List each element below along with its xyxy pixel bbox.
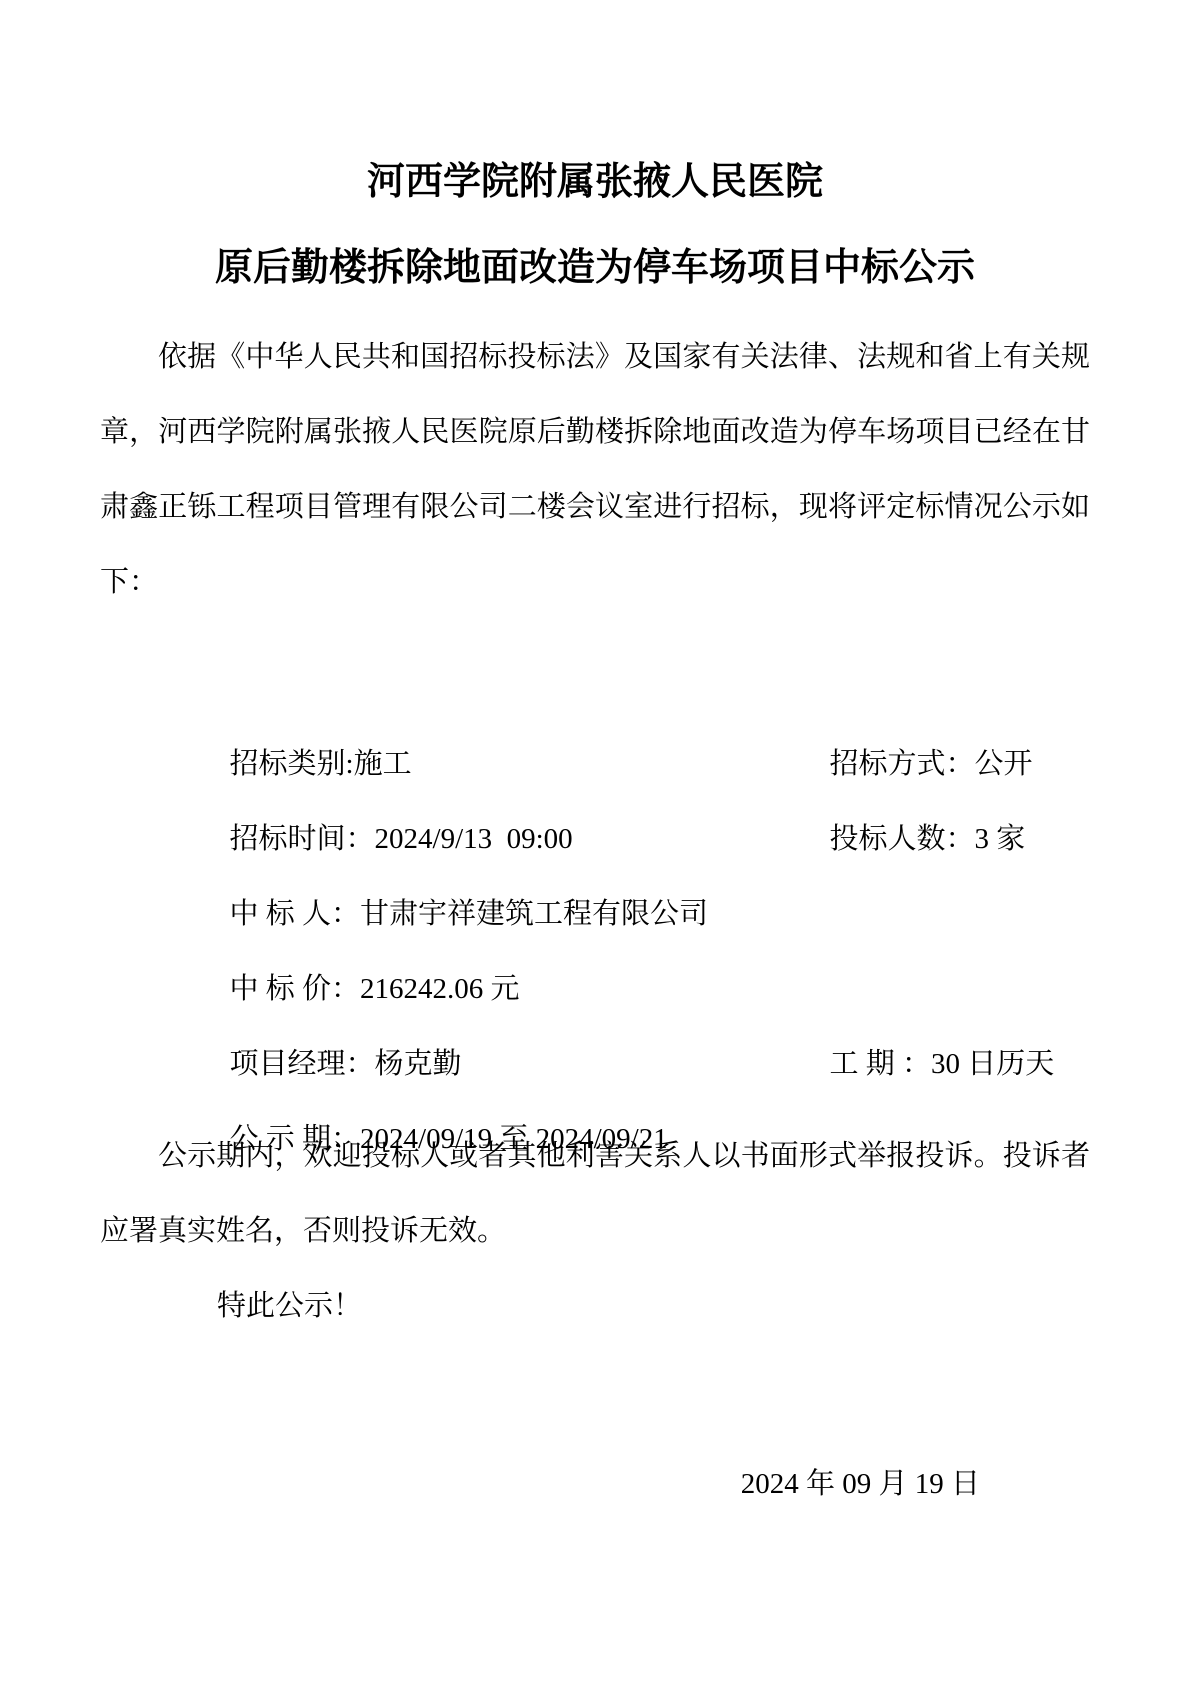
field-row-bid-time: 招标时间：2024/9/13 09:00 投标人数：3 家 — [100, 727, 1090, 802]
intro-paragraph: 依据《中华人民共和国招标投标法》及国家有关法律、法规和省上有关规章，河西学院附属… — [100, 320, 1090, 620]
field-row-winning-price: 中 标 价：216242.06 元 — [100, 877, 1090, 952]
field-empty — [757, 802, 1090, 877]
field-winner: 中 标 人：甘肃宇祥建筑工程有限公司 — [157, 802, 757, 877]
field-bid-category: 招标类别:施工 — [157, 652, 757, 727]
document-date: 2024 年 09 月 19 日 — [100, 1464, 1090, 1504]
document-page: 河西学院附属张掖人民医院 原后勤楼拆除地面改造为停车场项目中标公示 依据《中华人… — [0, 0, 1191, 1684]
document-title-line2: 原后勤楼拆除地面改造为停车场项目中标公示 — [100, 206, 1090, 292]
field-project-manager: 项目经理：杨克勤 — [157, 952, 757, 1027]
field-row-bid-category: 招标类别:施工 招标方式：公开 — [100, 652, 1090, 727]
field-row-winner: 中 标 人：甘肃宇祥建筑工程有限公司 — [100, 802, 1090, 877]
complaint-paragraph: 公示期内，欢迎投标人或者其他利害关系人以书面形式举报投诉。投诉者应署真实姓名，否… — [100, 1119, 1090, 1269]
field-bid-time: 招标时间：2024/9/13 09:00 — [157, 727, 757, 802]
field-row-publicity-period: 公 示 期：2024/09/19 至 2024/09/21 — [100, 1027, 1090, 1102]
document-content: 河西学院附属张掖人民医院 原后勤楼拆除地面改造为停车场项目中标公示 依据《中华人… — [0, 0, 1191, 1504]
closing-note: 特此公示！ — [100, 1269, 1090, 1344]
field-winning-price: 中 标 价：216242.06 元 — [157, 877, 757, 952]
field-publicity-period: 公 示 期：2024/09/19 至 2024/09/21 — [157, 1027, 757, 1102]
field-bidder-count: 投标人数：3 家 — [757, 727, 1090, 802]
field-construction-period: 工 期 ：30 日历天 — [757, 952, 1090, 1027]
field-row-project-manager: 项目经理：杨克勤 工 期 ：30 日历天 — [100, 952, 1090, 1027]
field-bid-method: 招标方式：公开 — [757, 652, 1090, 727]
document-title-line1: 河西学院附属张掖人民医院 — [100, 0, 1090, 206]
fields-section: 招标类别:施工 招标方式：公开 招标时间：2024/9/13 09:00 投标人… — [100, 652, 1090, 1102]
field-empty — [757, 877, 1090, 952]
field-empty — [757, 1027, 1090, 1102]
